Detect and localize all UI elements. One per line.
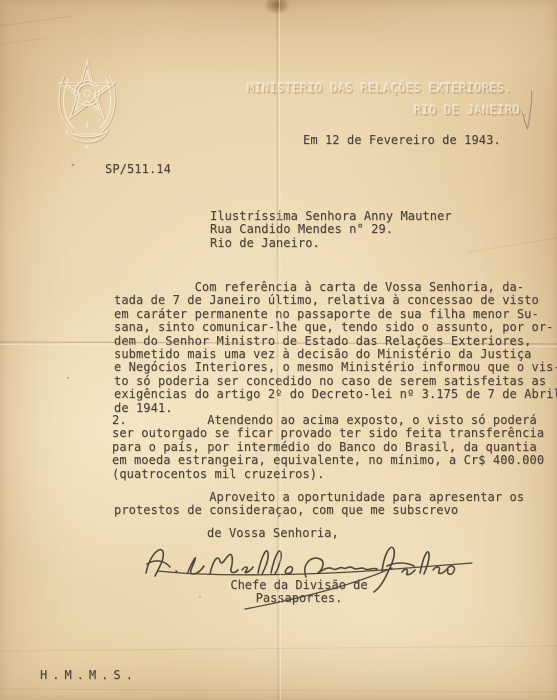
scanned-letter-page: MINISTERIO DAS RELAÇÕES EXTERIORES. RIO … [0, 0, 557, 700]
paper-creases-overlay [0, 0, 557, 700]
